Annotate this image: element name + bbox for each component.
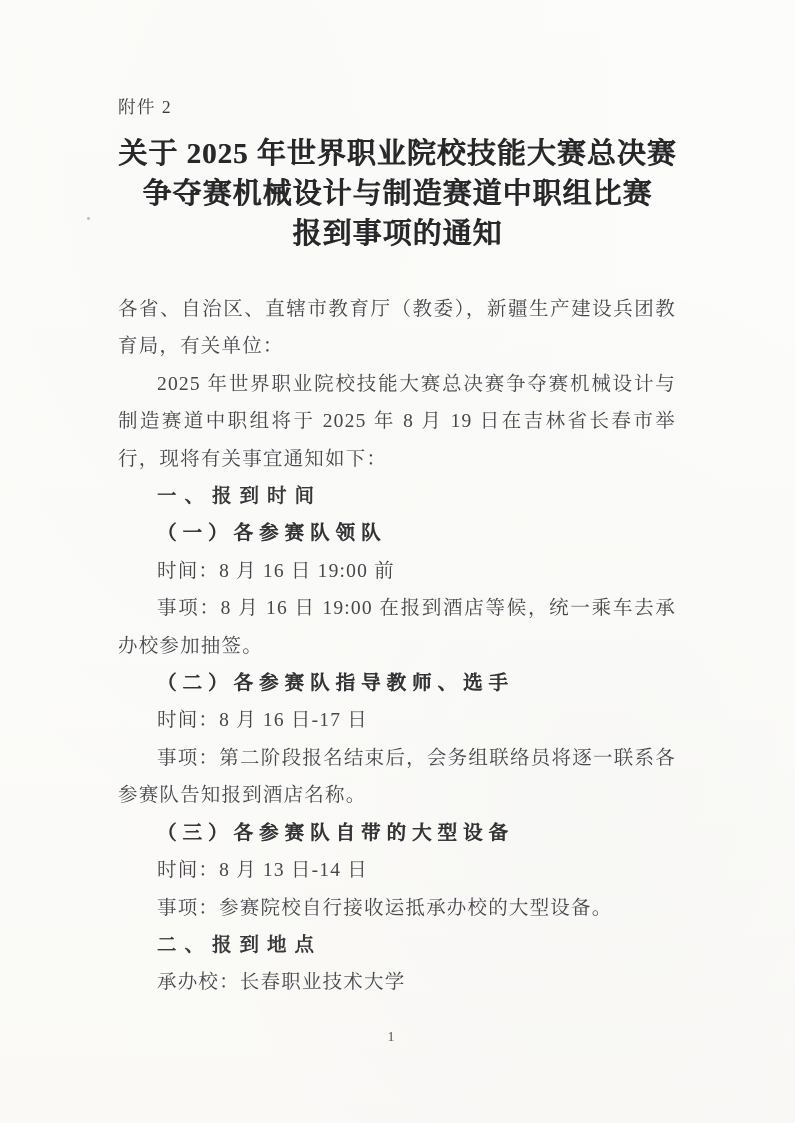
- team-leaders-time: 时间：8 月 16 日 19:00 前: [118, 553, 676, 590]
- subsection-heading-coaches-players: （二）各参赛队指导教师、选手: [118, 665, 676, 702]
- salutation-paragraph: 各省、自治区、直辖市教育厅（教委），新疆生产建设兵团教育局，有关单位：: [118, 291, 676, 366]
- title-line-1: 关于 2025 年世界职业院校技能大赛总决赛: [60, 134, 735, 174]
- title-line-3: 报到事项的通知: [60, 214, 735, 254]
- attachment-label: 附件 2: [118, 94, 172, 119]
- page-number: 1: [0, 1030, 782, 1046]
- subsection-heading-team-leaders: （一）各参赛队领队: [118, 515, 676, 552]
- document-body: 各省、自治区、直辖市教育厅（教委），新疆生产建设兵团教育局，有关单位： 2025…: [118, 291, 676, 1002]
- coaches-players-time: 时间：8 月 16 日-17 日: [118, 702, 676, 739]
- coaches-players-item: 事项：第二阶段报名结束后，会务组联络员将逐一联系各参赛队告知报到酒店名称。: [118, 740, 676, 815]
- document-page: 附件 2 关于 2025 年世界职业院校技能大赛总决赛 争夺赛机械设计与制造赛道…: [0, 0, 795, 1123]
- large-equipment-item: 事项：参赛院校自行接收运抵承办校的大型设备。: [118, 890, 676, 927]
- large-equipment-time: 时间：8 月 13 日-14 日: [118, 852, 676, 889]
- subsection-heading-large-equipment: （三）各参赛队自带的大型设备: [118, 815, 676, 852]
- section-heading-report-time: 一、报到时间: [118, 478, 676, 515]
- intro-paragraph: 2025 年世界职业院校技能大赛总决赛争夺赛机械设计与制造赛道中职组将于 202…: [118, 366, 676, 478]
- section-heading-report-location: 二、报到地点: [118, 927, 676, 964]
- host-school-line: 承办校：长春职业技术大学: [118, 964, 676, 1001]
- title-line-2: 争夺赛机械设计与制造赛道中职组比赛: [60, 174, 735, 214]
- team-leaders-item: 事项：8 月 16 日 19:00 在报到酒店等候，统一乘车去承办校参加抽签。: [118, 590, 676, 665]
- document-title: 关于 2025 年世界职业院校技能大赛总决赛 争夺赛机械设计与制造赛道中职组比赛…: [60, 134, 735, 254]
